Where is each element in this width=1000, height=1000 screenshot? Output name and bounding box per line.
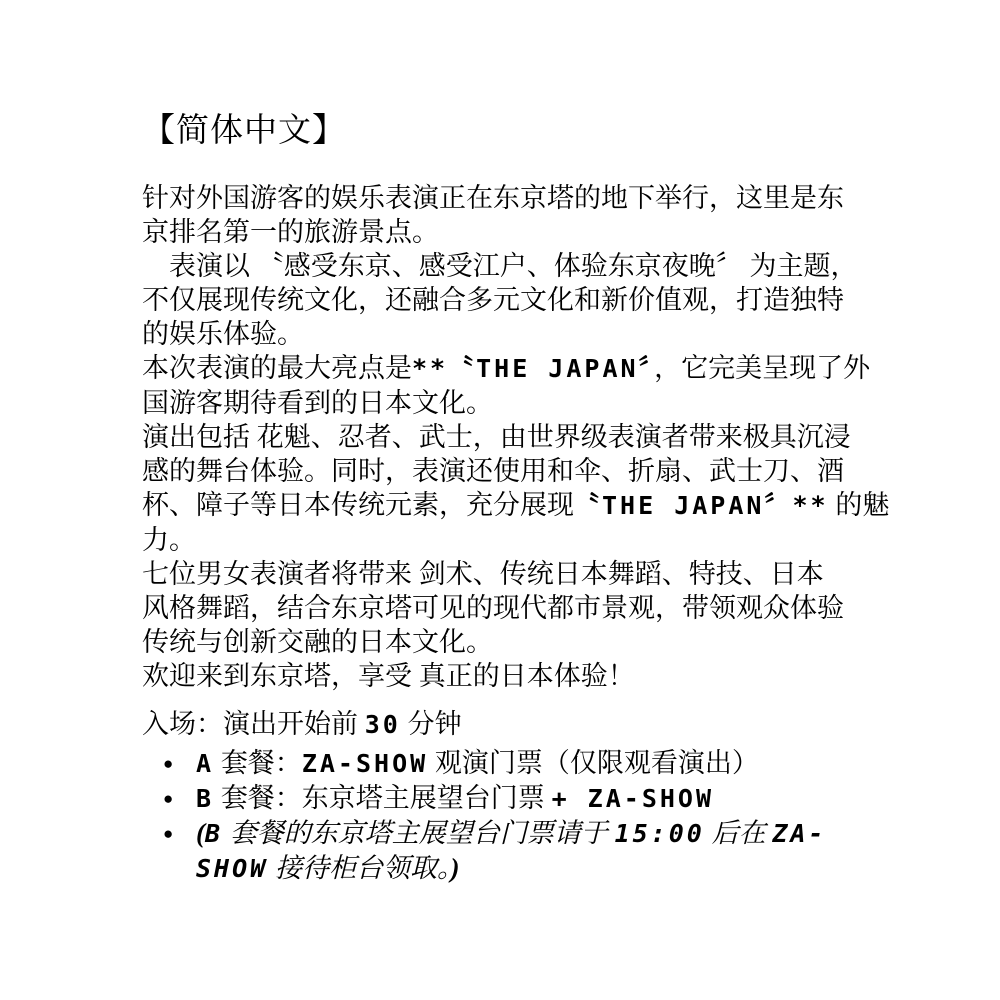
body-line: 演出包括 花魁、忍者、武士，由世界级表演者带来极具沉浸 xyxy=(142,420,960,454)
bullet-icon: ● xyxy=(142,816,196,886)
text-segment: 表演以 〝感受东京、感受江户、体验东京夜晚〞 为主题， xyxy=(142,251,858,281)
bullet-item-note: ● (B 套餐的东京塔主展望台门票请于 15:00 后在 ZA- SHOW 接待… xyxy=(142,816,960,886)
text-segment: 观演门票（仅限观看演出） xyxy=(428,748,759,778)
body-line: 不仅展现传统文化，还融合多元文化和新价值观，打造独特 xyxy=(142,283,960,317)
body-line: 感的舞台体验。同时，表演还使用和伞、折扇、武士刀、酒 xyxy=(142,454,960,488)
body-line: 传统与创新交融的日本文化。 xyxy=(142,625,960,659)
package-letter: B xyxy=(196,784,214,813)
text-segment: 的魅 xyxy=(829,490,890,520)
text-segment: 风格舞蹈，结合东京塔可见的现代都市景观，带领观众体验 xyxy=(142,593,844,623)
body-text: 针对外国游客的娱乐表演正在东京塔的地下举行，这里是东 京排名第一的旅游景点。 表… xyxy=(142,181,960,693)
body-line: 欢迎来到东京塔，享受 真正的日本体验！ xyxy=(142,659,960,693)
text-segment: 力。 xyxy=(142,525,196,555)
highlight-show-name: **〝THE JAPAN〞 xyxy=(412,354,654,383)
text-segment: 后在 xyxy=(705,818,773,848)
text-segment: 套餐： xyxy=(214,748,302,778)
text-segment: 杯、障子等日本传统元素，充分展现 xyxy=(142,490,574,520)
text-segment: 七位男女表演者将带来 剑术、传统日本舞蹈、特技、日本 xyxy=(142,559,824,589)
text-segment: 不仅展现传统文化，还融合多元文化和新价值观，打造独特 xyxy=(142,285,844,315)
page-container: 【简体中文】 针对外国游客的娱乐表演正在东京塔的地下举行，这里是东 京排名第一的… xyxy=(0,0,1000,1000)
highlight-show-name: 〝THE JAPAN〞** xyxy=(574,491,829,520)
package-letter: A xyxy=(196,749,214,778)
body-line: 力。 xyxy=(142,523,960,557)
bullet-icon: ● xyxy=(142,781,196,816)
body-line: 风格舞蹈，结合东京塔可见的现代都市景观，带领观众体验 xyxy=(142,591,960,625)
body-line: 七位男女表演者将带来 剑术、传统日本舞蹈、特技、日本 xyxy=(142,557,960,591)
show-name: ZA-SHOW xyxy=(302,749,428,778)
show-name: ZA- xyxy=(772,819,826,848)
bullet-line: SHOW 接待柜台领取。) xyxy=(196,851,826,886)
text-segment: 套餐：东京塔主展望台门票 xyxy=(214,783,552,813)
text-segment: 本次表演的最大亮点是 xyxy=(142,353,412,383)
text-segment: 传统与创新交融的日本文化。 xyxy=(142,627,493,657)
bullet-line: A 套餐：ZA-SHOW 观演门票（仅限观看演出） xyxy=(196,746,759,781)
text-segment: 的娱乐体验。 xyxy=(142,319,304,349)
text-segment: 欢迎来到东京塔，享受 真正的日本体验！ xyxy=(142,661,635,691)
body-line: 国游客期待看到的日本文化。 xyxy=(142,386,960,420)
bullet-line: (B 套餐的东京塔主展望台门票请于 15:00 后在 ZA- xyxy=(196,816,826,851)
package-letter: B xyxy=(205,819,223,848)
text-segment: 接待柜台领取。 xyxy=(268,853,450,883)
show-name: + ZA-SHOW xyxy=(552,784,714,813)
show-name: SHOW xyxy=(196,854,268,883)
text-segment: 分钟 xyxy=(401,709,462,739)
text-segment: 入场：演出开始前 xyxy=(142,709,365,739)
body-line: 表演以 〝感受东京、感受江户、体验东京夜晚〞 为主题， xyxy=(142,249,960,283)
text-segment: 京排名第一的旅游景点。 xyxy=(142,217,439,247)
document-title: 【简体中文】 xyxy=(142,110,960,152)
admission-line: 入场：演出开始前 30 分钟 xyxy=(142,707,960,742)
text-segment: 国游客期待看到的日本文化。 xyxy=(142,388,493,418)
bullet-list: ● A 套餐：ZA-SHOW 观演门票（仅限观看演出） ● B 套餐：东京塔主展… xyxy=(142,746,960,886)
body-line: 京排名第一的旅游景点。 xyxy=(142,215,960,249)
text-segment: ) xyxy=(450,853,459,883)
admission-minutes-value: 30 xyxy=(365,710,401,739)
text-segment: 感的舞台体验。同时，表演还使用和伞、折扇、武士刀、酒 xyxy=(142,456,844,486)
text-segment: 演出包括 花魁、忍者、武士，由世界级表演者带来极具沉浸 xyxy=(142,422,851,452)
body-line: 杯、障子等日本传统元素，充分展现〝THE JAPAN〞** 的魅 xyxy=(142,488,960,523)
bullet-icon: ● xyxy=(142,746,196,781)
bullet-item-package-b: ● B 套餐：东京塔主展望台门票 + ZA-SHOW xyxy=(142,781,960,816)
body-line: 本次表演的最大亮点是**〝THE JAPAN〞，它完美呈现了外 xyxy=(142,351,960,386)
bullet-item-package-a: ● A 套餐：ZA-SHOW 观演门票（仅限观看演出） xyxy=(142,746,960,781)
text-segment: ，它完美呈现了外 xyxy=(654,353,870,383)
body-line: 针对外国游客的娱乐表演正在东京塔的地下举行，这里是东 xyxy=(142,181,960,215)
bullet-text: B 套餐：东京塔主展望台门票 + ZA-SHOW xyxy=(196,781,714,816)
text-segment: 针对外国游客的娱乐表演正在东京塔的地下举行，这里是东 xyxy=(142,183,844,213)
bullet-text: A 套餐：ZA-SHOW 观演门票（仅限观看演出） xyxy=(196,746,759,781)
text-segment: ( xyxy=(196,818,205,848)
text-segment: 套餐的东京塔主展望台门票请于 xyxy=(223,818,615,848)
bullet-line: B 套餐：东京塔主展望台门票 + ZA-SHOW xyxy=(196,781,714,816)
body-line: 的娱乐体验。 xyxy=(142,317,960,351)
bullet-text: (B 套餐的东京塔主展望台门票请于 15:00 后在 ZA- SHOW 接待柜台… xyxy=(196,816,826,886)
pickup-time-value: 15:00 xyxy=(615,819,705,848)
